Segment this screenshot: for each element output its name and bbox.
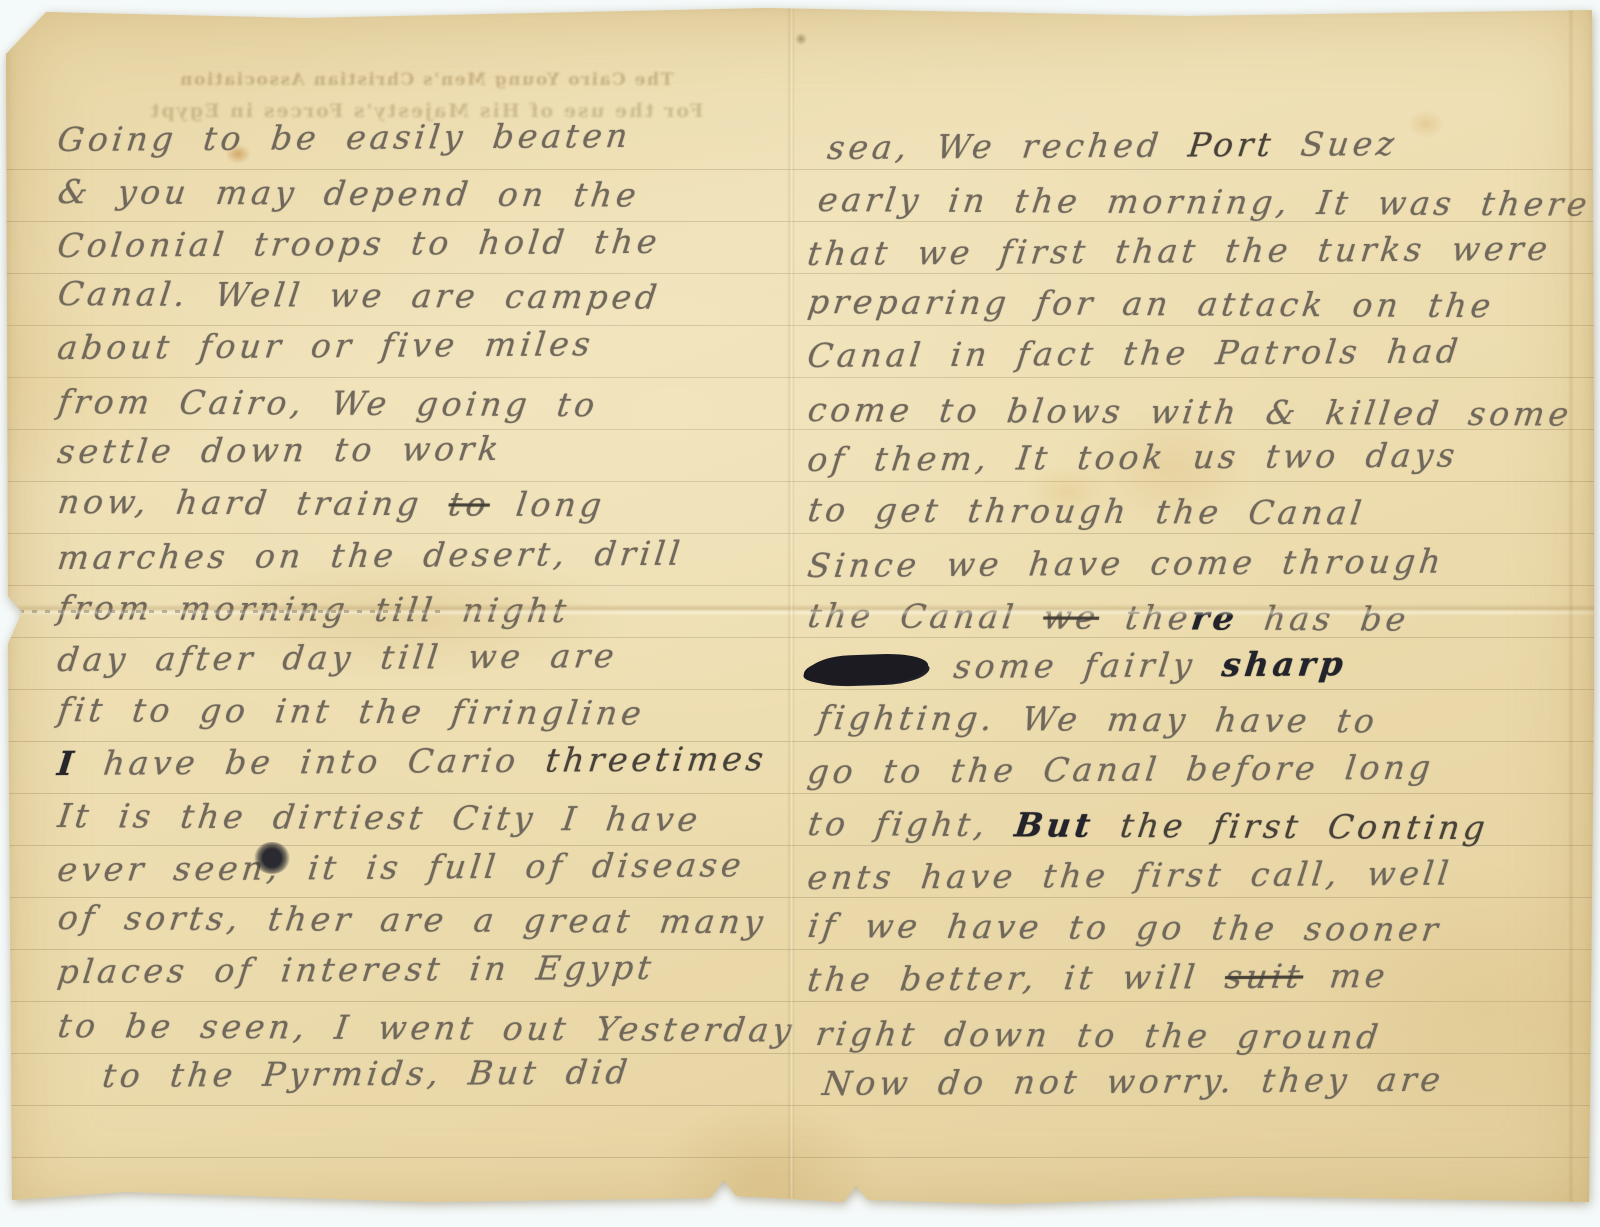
handwritten-line: about four or five miles <box>54 323 806 380</box>
handwritten-line: that we first that the turks were <box>804 228 1600 286</box>
handwriting-segment: some <box>804 653 930 687</box>
paper-sheet: The Cairo Young Men's Christian Associat… <box>6 4 1594 1216</box>
handwriting-segment: now, hard traing <box>56 482 452 523</box>
handwriting-segment: fighting. We may have to <box>816 698 1381 740</box>
handwritten-line: Canal. Well we are camped <box>54 274 805 331</box>
handwritten-line: fighting. We may have to <box>814 698 1600 755</box>
handwritten-line: settle down to work <box>54 427 806 484</box>
handwritten-line: It is the dirtiest City I have <box>54 796 805 853</box>
handwritten-line: sea, We reched Port Suez <box>824 123 1600 180</box>
handwriting-segment: But <box>1013 805 1097 844</box>
handwritten-line: of sorts, ther are a great many <box>54 898 805 955</box>
handwriting-segment: right down to the ground <box>814 1014 1385 1056</box>
handwritten-line: Colonial troops to hold the <box>54 221 806 278</box>
handwriting-segment: from Cairo, We going to <box>56 382 601 424</box>
handwritten-line: Now do not worry. they are <box>819 1059 1600 1116</box>
bleed-through-letterhead-line1: The Cairo Young Men's Christian Associat… <box>176 70 676 90</box>
handwritten-line: fit to go int the firingline <box>54 690 805 747</box>
handwriting-segment: me <box>1301 956 1391 996</box>
scanned-letter: The Cairo Young Men's Christian Associat… <box>0 0 1600 1227</box>
handwritten-line: early in the morning, It was there <box>814 180 1600 237</box>
handwriting-segment: settle down to work <box>56 429 505 471</box>
letter-page-left: Going to be easily beaten& you may depen… <box>54 120 799 1108</box>
handwritten-line: Since we have come through <box>804 540 1600 598</box>
handwriting-segment: fit to go int the firingline <box>56 690 648 733</box>
handwriting-segment: long <box>487 485 607 525</box>
handwritten-line: day after day till we are <box>54 635 806 692</box>
handwritten-line: ents have the first call, well <box>804 852 1600 910</box>
handwriting-segment: to <box>446 484 492 523</box>
handwriting-segment: we <box>1041 597 1102 636</box>
handwriting-segment: re <box>1189 598 1240 637</box>
handwriting-segment: if we have to go the sooner <box>806 906 1445 949</box>
handwritten-line: preparing for an attack on the <box>804 282 1600 339</box>
handwritten-line: places of interest in Egypt <box>54 947 806 1004</box>
handwritten-line: to fight, But the first Conting <box>804 804 1600 861</box>
handwriting-segment: the better, it will <box>806 957 1228 999</box>
handwriting-segment: come to blows with & killed some <box>806 390 1575 434</box>
handwriting-segment: sea, We reched <box>826 125 1191 167</box>
handwriting-segment: the <box>1097 598 1195 638</box>
handwriting-segment: Colonial troops to hold the <box>56 222 663 265</box>
handwriting-segment: sharp <box>1220 644 1349 684</box>
handwriting-segment: Port <box>1186 125 1276 165</box>
handwritten-line: Canal in fact the Patrols had <box>804 330 1600 388</box>
handwriting-segment: Going to be easily beaten <box>56 116 634 159</box>
handwritten-line: go to the Canal before long <box>804 746 1600 804</box>
handwriting-segment: & you may depend on the <box>56 172 643 215</box>
handwriting-segment: preparing for an attack on the <box>806 282 1497 325</box>
handwritten-line: ever seen, it is full of disease <box>54 845 806 902</box>
handwritten-line: marches on the desert, drill <box>54 533 806 590</box>
handwriting-segment: go to the Canal before long <box>806 748 1437 791</box>
handwriting-segment: to get through the Canal <box>806 490 1368 532</box>
handwritten-line: to the Pyrmids, But did <box>99 1051 806 1108</box>
handwritten-line: some some fairly sharp <box>804 642 1600 700</box>
handwriting-segment: suit <box>1223 957 1306 997</box>
handwritten-line: if we have to go the sooner <box>804 906 1600 963</box>
handwriting-segment: to be seen, I went out Yesterday <box>56 1006 798 1050</box>
handwriting-segment: day after day till we are <box>56 636 620 679</box>
handwriting-segment: Canal in fact the Patrols had <box>806 331 1464 375</box>
handwriting-segment: early in the morning, It was there <box>816 180 1594 224</box>
handwriting-segment: Canal. Well we are camped <box>56 274 663 317</box>
handwriting-segment: It is the dirtiest City I have <box>56 796 704 839</box>
handwritten-line: to get through the Canal <box>804 490 1600 547</box>
handwritten-line: of them, It took us two days <box>804 434 1600 492</box>
handwriting-segment: from morning till night <box>56 588 573 630</box>
handwriting-segment: threetimes <box>544 739 770 780</box>
handwriting-segment: ever seen, it is full of disease <box>56 845 747 889</box>
handwriting-segment: of sorts, ther are a great many <box>56 898 769 941</box>
handwritten-line: I have be into Cario threetimes <box>54 739 806 796</box>
handwriting-segment: marches on the desert, drill <box>56 534 686 577</box>
letter-page-right: sea, We reched Port Suezearly in the mor… <box>804 128 1594 1116</box>
handwritten-line: now, hard traing to long <box>54 482 805 539</box>
handwritten-line: & you may depend on the <box>54 172 805 229</box>
handwriting-segment: ents have the first call, well <box>806 854 1455 897</box>
handwriting-segment: to fight, <box>806 804 1018 844</box>
handwriting-segment: Suez <box>1272 124 1400 164</box>
handwriting-segment: that we first that the turks were <box>806 229 1554 273</box>
handwriting-segment: places of interest in Egypt <box>56 948 658 991</box>
handwriting-segment: about four or five miles <box>56 324 597 367</box>
handwriting-segment: Now do not worry. they are <box>821 1060 1447 1103</box>
handwriting-segment: has be <box>1236 599 1412 639</box>
handwritten-line: the better, it will suit me <box>804 954 1600 1012</box>
handwritten-line: Going to be easily beaten <box>54 115 806 172</box>
handwriting-segment: to the Pyrmids, But did <box>101 1052 634 1095</box>
handwriting-segment: have be into Cario <box>75 741 548 783</box>
handwriting-segment: the Canal <box>806 596 1046 636</box>
handwriting-segment: Since we have come through <box>806 542 1447 585</box>
handwriting-segment: of them, It took us two days <box>806 435 1461 479</box>
handwriting-segment: some fairly <box>925 645 1224 686</box>
handwriting-segment: the first Conting <box>1092 806 1492 847</box>
paper-sheet-wrap: The Cairo Young Men's Christian Associat… <box>0 0 1600 1227</box>
